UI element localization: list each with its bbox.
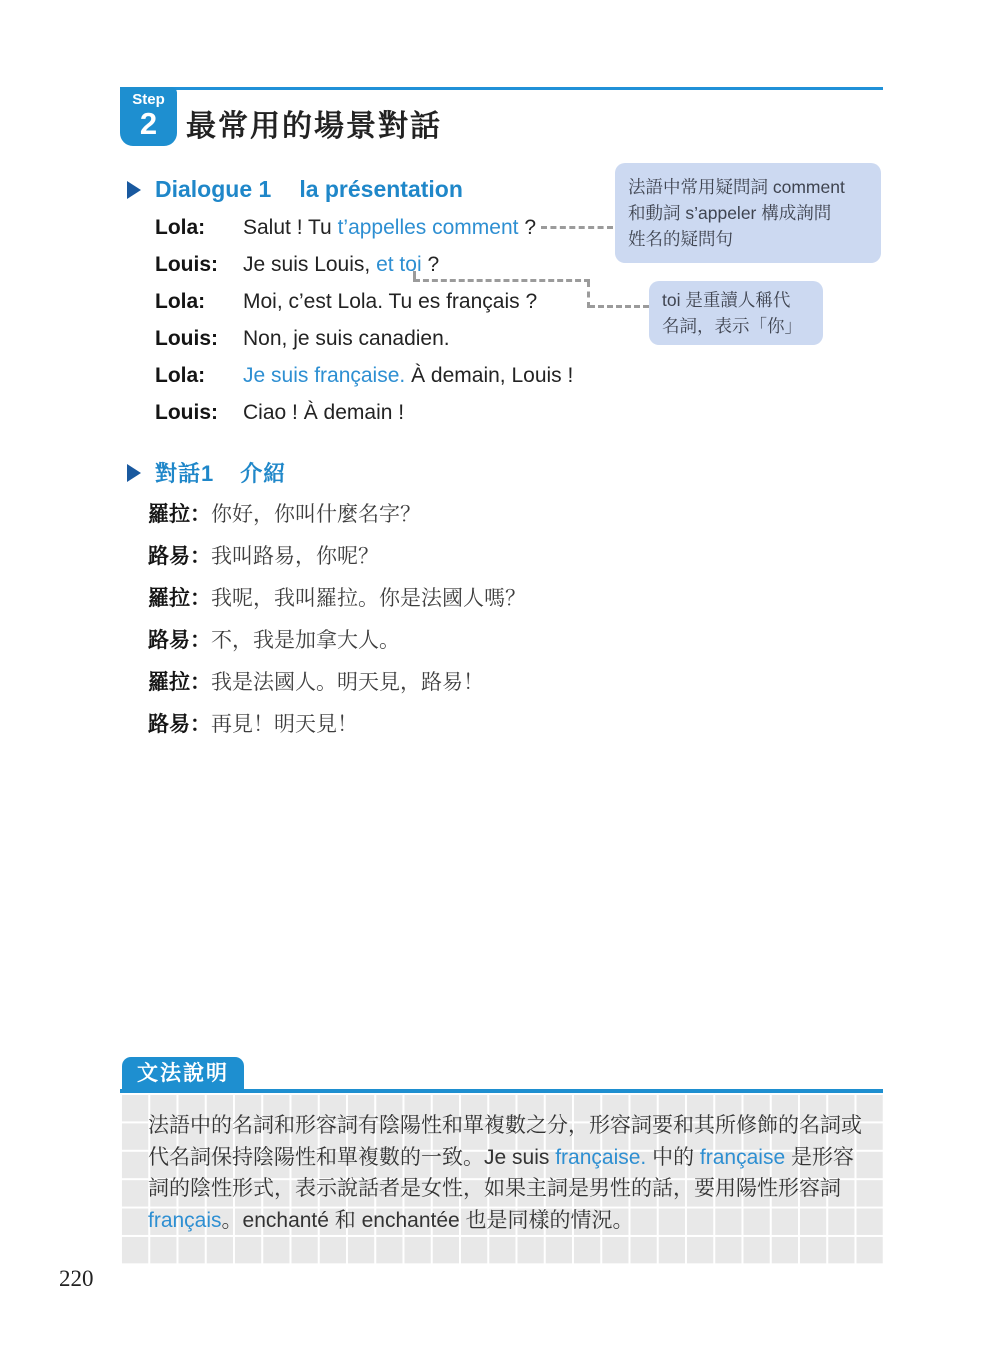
- speaker-name: Louis:: [155, 327, 243, 351]
- grammar-line: 詞的陰性形式，表示說話者是女性，如果主詞是男性的話，要用陽性形容詞: [148, 1173, 860, 1205]
- dialogue-line: Moi, c’est Lola. Tu es français ?: [243, 290, 537, 314]
- grammar-line: français。enchanté 和 enchantée 也是同樣的情況。: [148, 1205, 860, 1237]
- note-line: 法語中常用疑問詞 comment: [628, 174, 868, 200]
- speaker-name: Louis:: [155, 401, 243, 425]
- grammar-part: 代名詞保持陰陽性和單複數的一致。Je suis: [148, 1146, 555, 1169]
- grammar-text: 法語中的名詞和形容詞有陰陽性和單複數之分，形容詞要和其所修飾的名詞或 代名詞保持…: [148, 1110, 860, 1236]
- translation-rows: 羅拉： 你好，你叫什麼名字？ 路易： 我叫路易，你呢？ 羅拉： 我呢，我叫羅拉。…: [148, 492, 708, 744]
- dialogue-row: Louis: Ciao ! À demain !: [155, 394, 675, 431]
- translation-row: 羅拉： 我呢，我叫羅拉。你是法國人嗎？: [148, 576, 708, 618]
- textbook-page: Step 2 最常用的場景對話 Dialogue 1 la présentati…: [0, 0, 1000, 1354]
- page-number: 220: [59, 1266, 94, 1292]
- translation-row: 羅拉： 我是法國人。明天見，路易！: [148, 660, 708, 702]
- french-dialogue: Lola: Salut ! Tu t’appelles comment ? Lo…: [155, 209, 675, 431]
- grammar-part: 。enchanté 和 enchantée 也是同樣的情況。: [222, 1209, 634, 1232]
- translation-line: 再見！明天見！: [211, 708, 358, 738]
- line-highlight: Je suis française.: [243, 364, 405, 387]
- translation-heading-topic: 介紹: [240, 457, 286, 488]
- line-part: Je suis Louis,: [243, 253, 376, 276]
- line-part: ?: [518, 216, 536, 239]
- step-number: 2: [120, 108, 177, 139]
- note-line: 姓名的疑問句: [628, 226, 868, 252]
- dialogue-line: Je suis Louis, et toi ?: [243, 253, 439, 277]
- line-part: Ciao ! À demain !: [243, 401, 404, 424]
- grammar-line: 法語中的名詞和形容詞有陰陽性和單複數之分，形容詞要和其所修飾的名詞或: [148, 1110, 860, 1142]
- translation-line: 你好，你叫什麼名字？: [211, 498, 421, 528]
- speaker-name: Lola:: [155, 216, 243, 240]
- triangle-marker-icon: [127, 181, 141, 199]
- translation-line: 我呢，我叫羅拉。你是法國人嗎？: [211, 582, 526, 612]
- speaker-name: Louis:: [155, 253, 243, 277]
- grammar-part: 是形容: [785, 1146, 854, 1169]
- dialogue-row: Lola: Je suis française. À demain, Louis…: [155, 357, 675, 394]
- top-divider: [120, 87, 883, 90]
- dialogue-row: Louis: Non, je suis canadien.: [155, 320, 675, 357]
- translation-line: 我叫路易，你呢？: [211, 540, 379, 570]
- dialogue-line: Je suis française. À demain, Louis !: [243, 364, 573, 388]
- note-callout: 法語中常用疑問詞 comment 和動詞 s’appeler 構成詢問 姓名的疑…: [615, 163, 881, 263]
- translation-row: 路易： 不，我是加拿大人。: [148, 618, 708, 660]
- page-title: 最常用的場景對話: [186, 101, 442, 145]
- speaker-name: 路易：: [148, 540, 211, 570]
- dashed-connector: [541, 226, 613, 229]
- grammar-line: 代名詞保持陰陽性和單複數的一致。Je suis française. 中的 fr…: [148, 1142, 860, 1174]
- dashed-connector: [587, 281, 590, 308]
- translation-heading: 對話1 介紹: [127, 457, 286, 488]
- dialogue-heading: Dialogue 1 la présentation: [127, 176, 463, 203]
- grammar-highlight: française.: [555, 1146, 646, 1169]
- dialogue-heading-label: Dialogue 1: [155, 176, 271, 203]
- translation-line: 不，我是加拿大人。: [211, 624, 400, 654]
- line-part: Moi, c’est Lola. Tu es français ?: [243, 290, 537, 313]
- line-part: ?: [422, 253, 440, 276]
- dashed-connector: [589, 305, 649, 308]
- note-callout: toi 是重讀人稱代 名詞，表示「你」: [649, 281, 823, 345]
- speaker-name: 羅拉：: [148, 498, 211, 528]
- translation-row: 路易： 再見！明天見！: [148, 702, 708, 744]
- translation-heading-label: 對話1: [155, 457, 214, 488]
- dialogue-line: Salut ! Tu t’appelles comment ?: [243, 216, 536, 240]
- translation-line: 我是法國人。明天見，路易！: [211, 666, 484, 696]
- line-part: À demain, Louis !: [405, 364, 573, 387]
- speaker-name: 路易：: [148, 624, 211, 654]
- speaker-name: Lola:: [155, 364, 243, 388]
- note-line: 名詞，表示「你」: [662, 313, 810, 339]
- grammar-tab: 文法說明: [122, 1057, 244, 1090]
- translation-row: 路易： 我叫路易，你呢？: [148, 534, 708, 576]
- grammar-part: 中的: [646, 1146, 700, 1169]
- dialogue-row: Lola: Moi, c’est Lola. Tu es français ?: [155, 283, 675, 320]
- note-line: toi 是重讀人稱代: [662, 287, 810, 313]
- line-highlight: t’appelles comment: [338, 216, 519, 239]
- dialogue-line: Ciao ! À demain !: [243, 401, 404, 425]
- speaker-name: 羅拉：: [148, 666, 211, 696]
- dialogue-heading-topic: la présentation: [299, 176, 463, 203]
- grammar-box: 法語中的名詞和形容詞有陰陽性和單複數之分，形容詞要和其所修飾的名詞或 代名詞保持…: [120, 1093, 883, 1264]
- line-part: Salut ! Tu: [243, 216, 338, 239]
- triangle-marker-icon: [127, 464, 141, 482]
- dashed-connector: [414, 279, 590, 282]
- grammar-highlight: français: [148, 1209, 222, 1232]
- speaker-name: 羅拉：: [148, 582, 211, 612]
- speaker-name: 路易：: [148, 708, 211, 738]
- note-line: 和動詞 s’appeler 構成詢問: [628, 200, 868, 226]
- grammar-highlight: française: [700, 1146, 785, 1169]
- translation-row: 羅拉： 你好，你叫什麼名字？: [148, 492, 708, 534]
- speaker-name: Lola:: [155, 290, 243, 314]
- step-badge: Step 2: [120, 87, 177, 146]
- dialogue-line: Non, je suis canadien.: [243, 327, 450, 351]
- line-part: Non, je suis canadien.: [243, 327, 450, 350]
